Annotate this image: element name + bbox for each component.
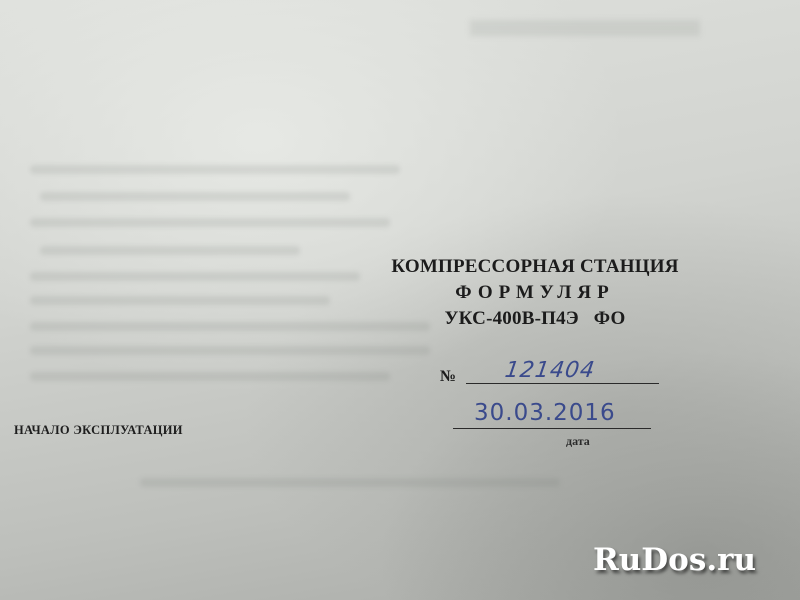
show-through-line xyxy=(30,165,400,174)
show-through-line xyxy=(30,372,390,381)
show-through-line xyxy=(40,192,350,201)
title-line-2: ФОРМУЛЯР xyxy=(360,280,710,306)
show-through-line xyxy=(30,218,390,227)
document-title: КОМПРЕССОРНАЯ СТАНЦИЯ ФОРМУЛЯР УКС-400В-… xyxy=(360,254,710,332)
show-through-line xyxy=(40,246,300,255)
show-through-heading xyxy=(470,20,700,36)
watermark-logo: RuDos.ru xyxy=(593,542,756,578)
show-through-line xyxy=(30,272,360,281)
date-underline xyxy=(453,428,651,429)
show-through-line xyxy=(30,296,330,305)
start-of-operation-label: НАЧАЛО ЭКСПЛУАТАЦИИ xyxy=(14,423,183,438)
number-underline xyxy=(466,383,659,384)
show-through-line xyxy=(30,346,430,355)
date-handwritten: 30.03.2016 xyxy=(474,400,616,426)
number-sign: № xyxy=(440,368,456,386)
document-page: КОМПРЕССОРНАЯ СТАНЦИЯ ФОРМУЛЯР УКС-400В-… xyxy=(0,0,800,600)
show-through-line xyxy=(140,478,560,487)
date-caption: дата xyxy=(566,434,590,449)
title-line-3: УКС-400В-П4Э ФО xyxy=(360,306,710,332)
title-line-1: КОМПРЕССОРНАЯ СТАНЦИЯ xyxy=(360,254,710,280)
serial-number-handwritten: 121404 xyxy=(503,358,596,383)
